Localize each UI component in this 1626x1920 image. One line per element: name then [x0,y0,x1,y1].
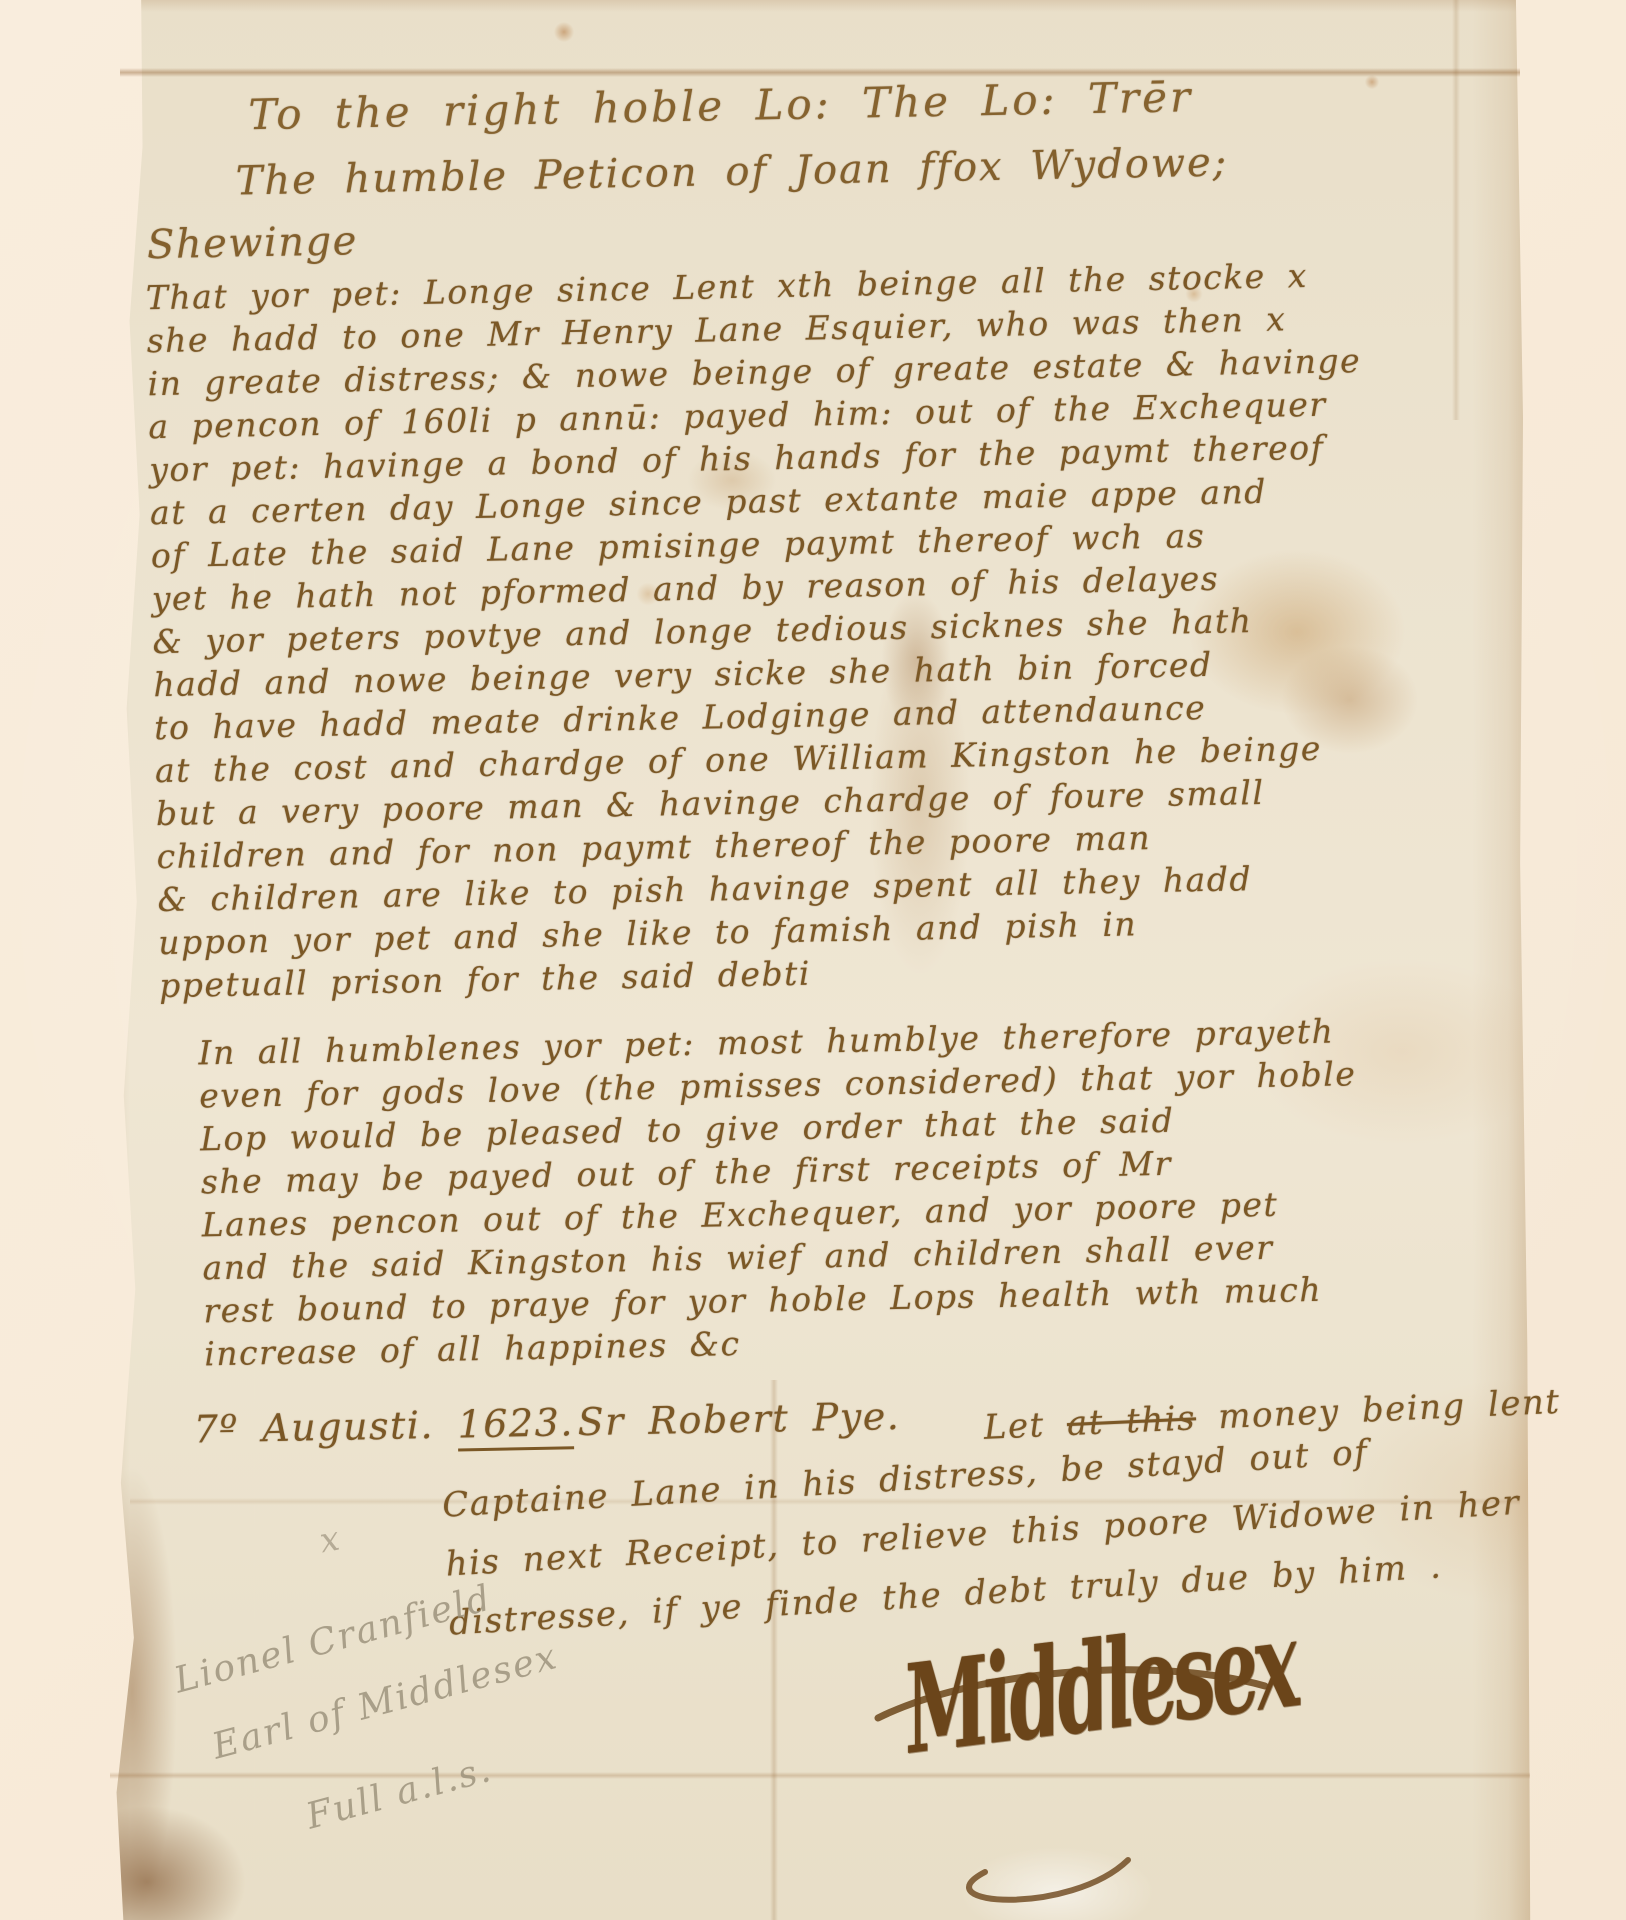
address-line: To the right hoble Lo: The Lo: Trēr [248,72,1193,139]
manuscript-photo: To the right hoble Lo: The Lo: Trēr The … [0,0,1626,1920]
petition-title-line: The humble Peticon of Joan ffox Wydowe; [235,139,1228,204]
date-text: 7º Augusti. [193,1402,458,1451]
treasurer-answer: Captaine Lane in his distress, be stayd … [441,1415,1526,1654]
ink-writing-layer: To the right hoble Lo: The Lo: Trēr The … [0,0,1626,1920]
petition-body: That yor pet: Longe since Lent xth being… [146,253,1374,1007]
clerk-name: Sr Robert Pye. [577,1394,900,1444]
date-year: 1623. [457,1400,574,1451]
petition-prayer: In all humblenes yor pet: most humblye t… [198,1009,1362,1375]
shewinge-line: Shewinge [147,218,359,268]
date-line: 7º Augusti. 1623. [193,1400,574,1451]
